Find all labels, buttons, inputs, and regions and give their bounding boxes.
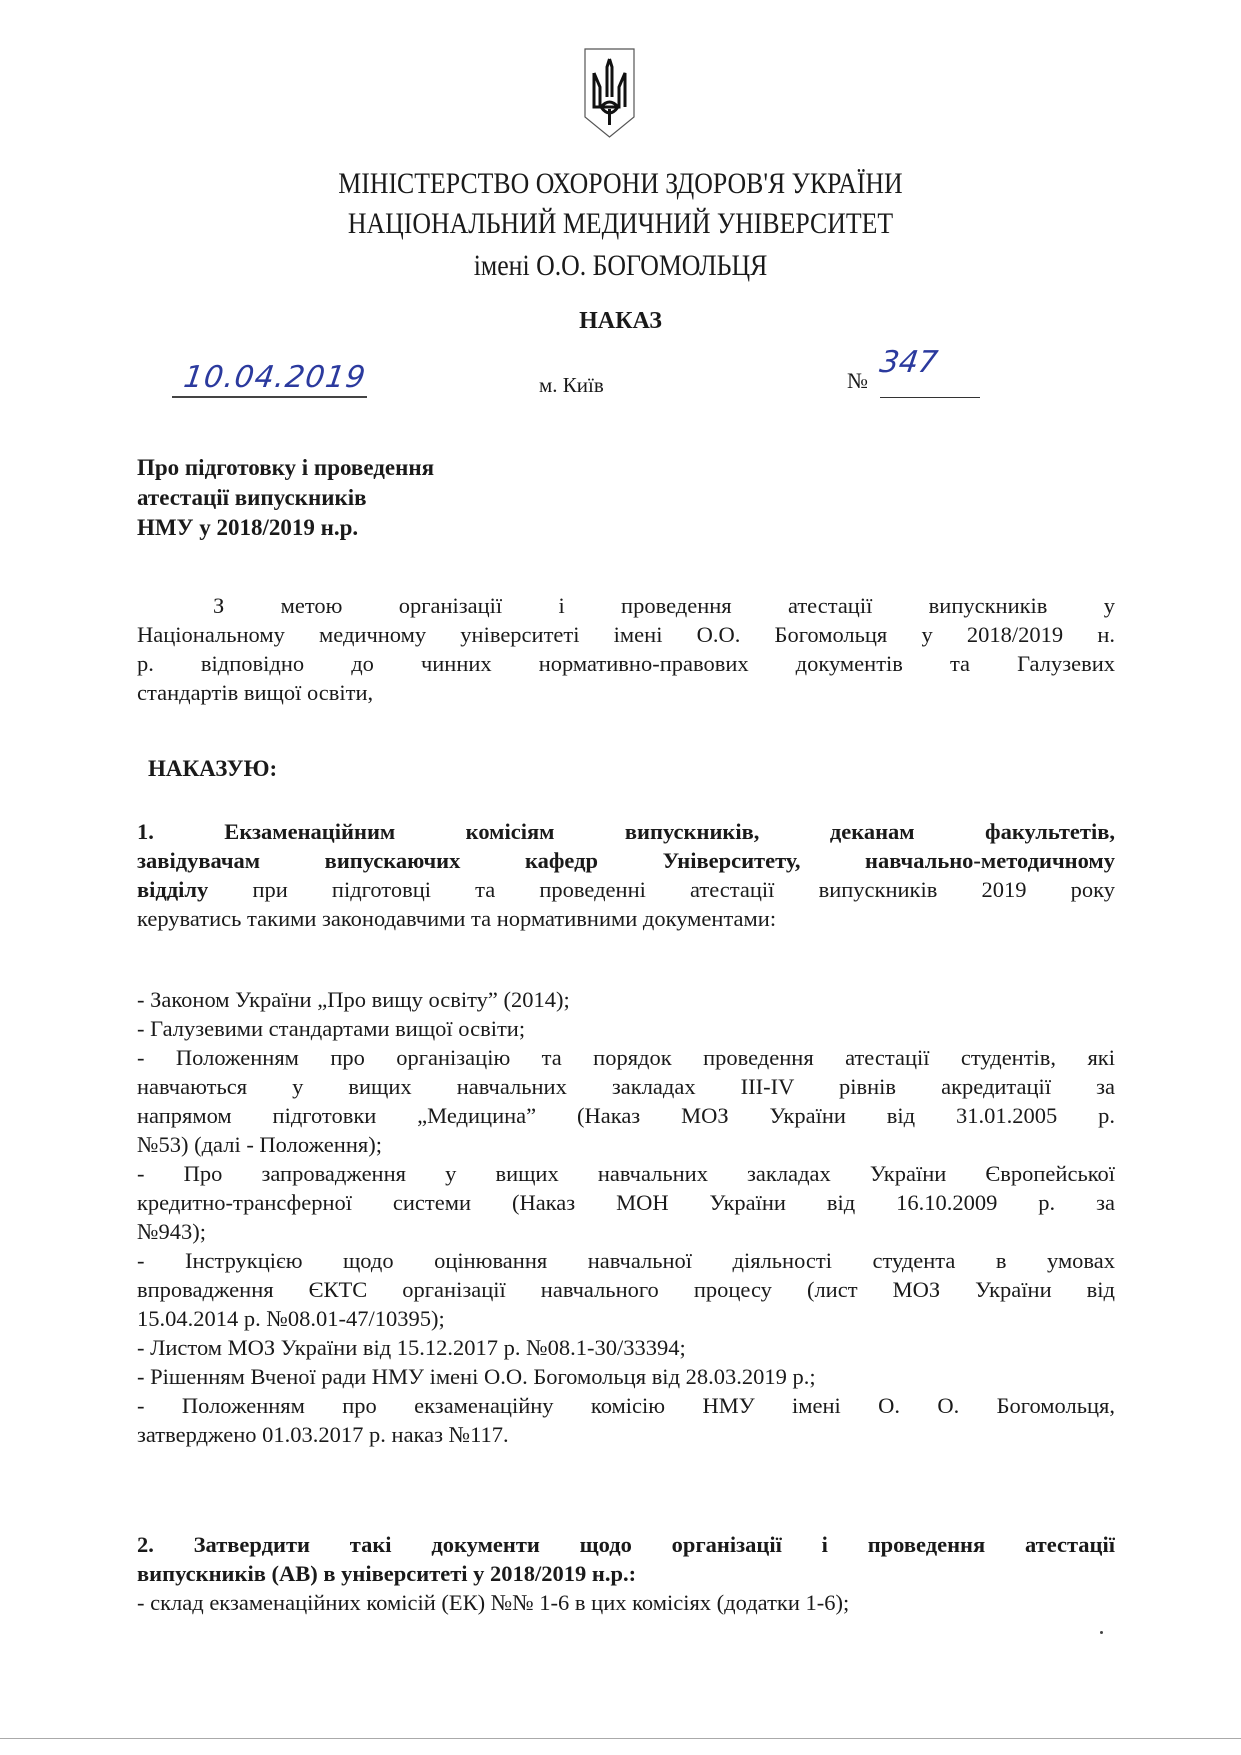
- subject-line: НМУ у 2018/2019 н.р.: [137, 513, 434, 543]
- text-line: З метою організації і проведення атестац…: [137, 591, 1115, 620]
- reference-line: - Законом України „Про вищу освіту” (201…: [137, 985, 1115, 1014]
- text-line: відділу при підготовці та проведенні ате…: [137, 875, 1115, 904]
- university-name: НАЦІОНАЛЬНИЙ МЕДИЧНИЙ УНІВЕРСИТЕТ: [87, 205, 1154, 243]
- text-line: керуватись такими законодавчими та норма…: [137, 904, 1115, 933]
- reference-line: - Інструкцією щодо оцінювання навчальної…: [137, 1246, 1115, 1275]
- city: м. Київ: [539, 373, 604, 398]
- ukraine-trident-coat-of-arms-icon: [583, 47, 636, 139]
- reference-line: кредитно-трансферної системи (Наказ МОН …: [137, 1188, 1115, 1217]
- reference-line: впровадження ЄКТС організації навчальног…: [137, 1275, 1115, 1304]
- handwritten-order-number: 347: [878, 345, 940, 380]
- text-line: випускників (АВ) в університеті у 2018/2…: [137, 1559, 1115, 1588]
- text-line: р. відповідно до чинних нормативно-право…: [137, 649, 1115, 678]
- reference-line: напрямом підготовки „Медицина” (Наказ МО…: [137, 1101, 1115, 1130]
- reference-line: 15.04.2014 р. №08.01-47/10395);: [137, 1304, 1115, 1333]
- text-fragment: при підготовці та проведенні атестації в…: [208, 877, 1115, 902]
- subject-line: атестації випускників: [137, 483, 434, 513]
- text-line: 1. Екзаменаційним комісіям випускників, …: [137, 817, 1115, 846]
- text-line: стандартів вищої освіти,: [137, 678, 1115, 707]
- section-2: 2. Затвердити такі документи щодо органі…: [137, 1530, 1115, 1617]
- list-item: - склад екзаменаційних комісій (ЕК) №№ 1…: [137, 1588, 1115, 1617]
- reference-line: затверджено 01.03.2017 р. наказ №117.: [137, 1420, 1115, 1449]
- number-sign: №: [847, 368, 868, 394]
- handwritten-date: 10.04.2019: [182, 360, 369, 395]
- reference-line: - Про запровадження у вищих навчальних з…: [137, 1159, 1115, 1188]
- date-underline: [172, 396, 367, 398]
- scan-speck: [1100, 1631, 1103, 1634]
- subject-line: Про підготовку і проведення: [137, 453, 434, 483]
- order-subject: Про підготовку і проведення атестації ви…: [137, 453, 434, 543]
- document-title: НАКАЗ: [0, 308, 1241, 335]
- bold-fragment: відділу: [137, 877, 208, 902]
- section-1: 1. Екзаменаційним комісіям випускників, …: [137, 817, 1115, 933]
- text-line: Національному медичному університеті іме…: [137, 620, 1115, 649]
- reference-line: №53) (далі - Положення);: [137, 1130, 1115, 1159]
- reference-line: - Галузевими стандартами вищої освіти;: [137, 1014, 1115, 1043]
- university-named-after: імені О.О. БОГОМОЛЬЦЯ: [87, 247, 1154, 285]
- reference-line: - Положенням про організацію та порядок …: [137, 1043, 1115, 1072]
- directive-heading: НАКАЗУЮ:: [148, 756, 277, 782]
- text-line: 2. Затвердити такі документи щодо органі…: [137, 1530, 1115, 1559]
- reference-line: - Положенням про екзаменаційну комісію Н…: [137, 1391, 1115, 1420]
- scan-edge-line: [0, 1738, 1241, 1739]
- text-line: завідувачам випускаючих кафедр Університ…: [137, 846, 1115, 875]
- reference-line: №943);: [137, 1217, 1115, 1246]
- intro-paragraph: З метою організації і проведення атестац…: [137, 591, 1115, 707]
- reference-line: - Рішенням Вченої ради НМУ імені О.О. Бо…: [137, 1362, 1115, 1391]
- reference-line: навчаються у вищих навчальних закладах I…: [137, 1072, 1115, 1101]
- reference-line: - Листом МОЗ України від 15.12.2017 р. №…: [137, 1333, 1115, 1362]
- number-underline: [880, 397, 980, 398]
- references-list: - Законом України „Про вищу освіту” (201…: [137, 985, 1115, 1449]
- ministry-name: МІНІСТЕРСТВО ОХОРОНИ ЗДОРОВ'Я УКРАЇНИ: [87, 165, 1154, 203]
